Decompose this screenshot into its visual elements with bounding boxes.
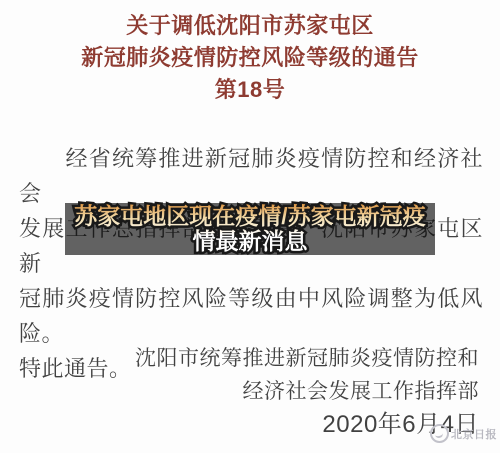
- body-line: 经省统筹推进新冠肺炎疫情防控和经济社会: [19, 141, 483, 211]
- headline-overlay-band: 苏家屯地区现在疫情/苏家屯新冠疫 情最新消息 苏家屯地区现在疫情/苏家屯新冠疫 …: [65, 203, 435, 255]
- title-line-1: 关于调低沈阳市苏家屯区: [0, 10, 500, 42]
- notice-document: 关于调低沈阳市苏家屯区 新冠肺炎疫情防控风险等级的通告 第18号 经省统筹推进新…: [0, 0, 500, 453]
- headline-line-2: 情最新消息: [65, 229, 435, 254]
- notice-date: 2020年6月4日: [0, 408, 479, 442]
- watermark: 北京日报: [430, 424, 497, 443]
- title-line-2: 新冠肺炎疫情防控风险等级的通告: [0, 42, 500, 74]
- watermark-text: 北京日报: [451, 426, 497, 442]
- beijing-daily-logo-icon: [430, 424, 449, 443]
- notice-title: 关于调低沈阳市苏家屯区 新冠肺炎疫情防控风险等级的通告 第18号: [0, 10, 500, 106]
- signature-block: 沈阳市统筹推进新冠肺炎疫情防控和 经济社会发展工作指挥部 2020年6月4日: [0, 342, 479, 442]
- headline-fill-layer: 苏家屯地区现在疫情/苏家屯新冠疫 情最新消息: [65, 203, 435, 255]
- issuer-line-1: 沈阳市统筹推进新冠肺炎疫情防控和: [0, 342, 479, 375]
- notice-number: 第18号: [0, 74, 500, 106]
- body-line: 冠肺炎疫情防控风险等级由中风险调整为低风: [19, 281, 483, 316]
- issuer-line-2: 经济社会发展工作指挥部: [0, 375, 479, 408]
- headline-line-1: 苏家屯地区现在疫情/苏家屯新冠疫: [65, 204, 435, 229]
